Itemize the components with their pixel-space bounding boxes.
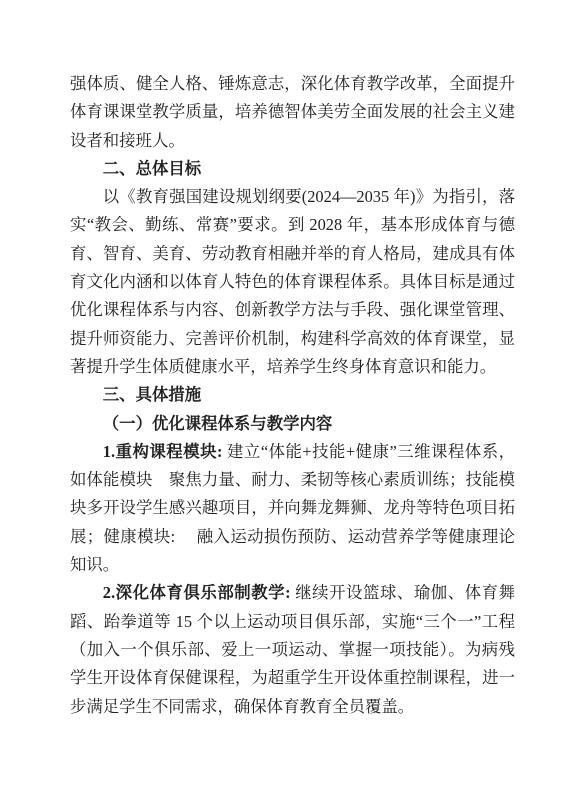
heading-overall-goal: 二、总体目标	[70, 155, 515, 183]
heading-specific-measures: 三、具体措施	[70, 381, 515, 409]
paragraph-overall-goal: 以《教育强国建设规划纲要(2024—2035 年)》为指引，落实“教会、勤练、常…	[70, 183, 515, 381]
paragraph-item-2-club-teaching: 2.深化体育俱乐部制教学: 继续开设篮球、瑜伽、体育舞蹈、跆拳道等 15 个以上…	[70, 579, 515, 720]
item-1-text: 建立“体能+技能+健康”三维课程体系，如体能模块 聚焦力量、耐力、柔韧等核心素质…	[70, 442, 515, 574]
item-2-text: 继续开设篮球、瑜伽、体育舞蹈、跆拳道等 15 个以上运动项目俱乐部，实施“三个一…	[70, 583, 515, 715]
document-page: 强体质、健全人格、锤炼意志，深化体育教学改革，全面提升体育课课堂教学质量，培养德…	[0, 0, 587, 795]
paragraph-item-1-rebuild-modules: 1.重构课程模块: 建立“体能+技能+健康”三维课程体系，如体能模块 聚焦力量、…	[70, 438, 515, 579]
heading-sub-optimize-curriculum: （一）优化课程体系与教学内容	[70, 410, 515, 438]
item-1-lead: 1.重构课程模块:	[103, 442, 227, 461]
paragraph-continuation: 强体质、健全人格、锤炼意志，深化体育教学改革，全面提升体育课课堂教学质量，培养德…	[70, 70, 515, 155]
item-2-lead: 2.深化体育俱乐部制教学:	[103, 583, 295, 602]
